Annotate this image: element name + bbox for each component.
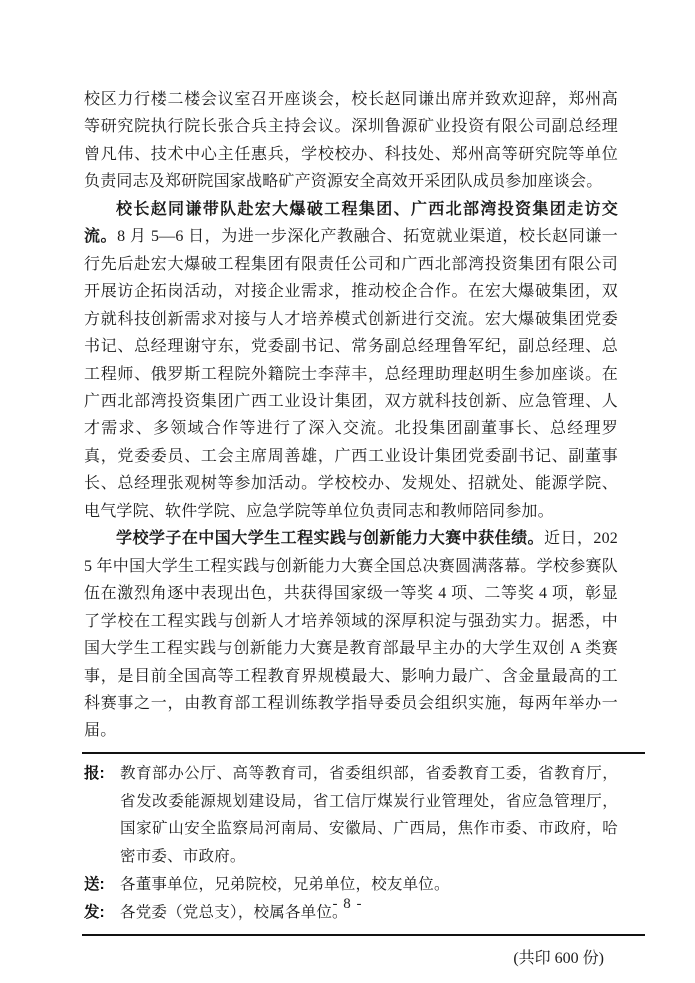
paragraph-heading: 学校学子在中国大学生工程实践与创新能力大赛中获佳绩。: [116, 530, 544, 547]
paragraph-text: 近日，2025 年中国大学生工程实践与创新能力大赛全国总决赛圆满落幕。学校参赛队…: [84, 530, 618, 739]
distribution-text: 各董事单位，兄弟院校，兄弟单位，校友单位。: [120, 871, 618, 899]
document-body: 校区力行楼二楼会议室召开座谈会，校长赵同谦出席并致欢迎辞，郑州高等研究院执行院长…: [84, 86, 618, 745]
paragraph: 学校学子在中国大学生工程实践与创新能力大赛中获佳绩。近日，2025 年中国大学生…: [84, 525, 618, 745]
paragraph-text: 8 月 5—6 日，为进一步深化产教融合、拓宽就业渠道，校长赵同谦一行先后赴宏大…: [84, 228, 618, 520]
paragraph: 校区力行楼二楼会议室召开座谈会，校长赵同谦出席并致欢迎辞，郑州高等研究院执行院长…: [84, 86, 618, 196]
distribution-label: 送:: [84, 871, 120, 899]
distribution-text: 教育部办公厅、高等教育司，省委组织部，省委教育工委，省教育厅，省发改委能源规划建…: [120, 760, 618, 871]
distribution-label: 报:: [84, 760, 120, 788]
page-number: - 8 -: [0, 896, 695, 913]
document-content: 校区力行楼二楼会议室召开座谈会，校长赵同谦出席并致欢迎辞，郑州高等研究院执行院长…: [84, 86, 618, 968]
print-count: (共印 600 份): [84, 945, 618, 968]
distribution-row: 报:教育部办公厅、高等教育司，省委组织部，省委教育工委，省教育厅，省发改委能源规…: [84, 760, 618, 871]
paragraph-text: 校区力行楼二楼会议室召开座谈会，校长赵同谦出席并致欢迎辞，郑州高等研究院执行院长…: [84, 91, 618, 190]
paragraph: 校长赵同谦带队赴宏大爆破工程集团、广西北部湾投资集团走访交流。8 月 5—6 日…: [84, 196, 618, 525]
distribution-row: 送:各董事单位，兄弟院校，兄弟单位，校友单位。: [84, 871, 618, 899]
document-page: 校区力行楼二楼会议室召开座谈会，校长赵同谦出席并致欢迎辞，郑州高等研究院执行院长…: [0, 0, 695, 983]
